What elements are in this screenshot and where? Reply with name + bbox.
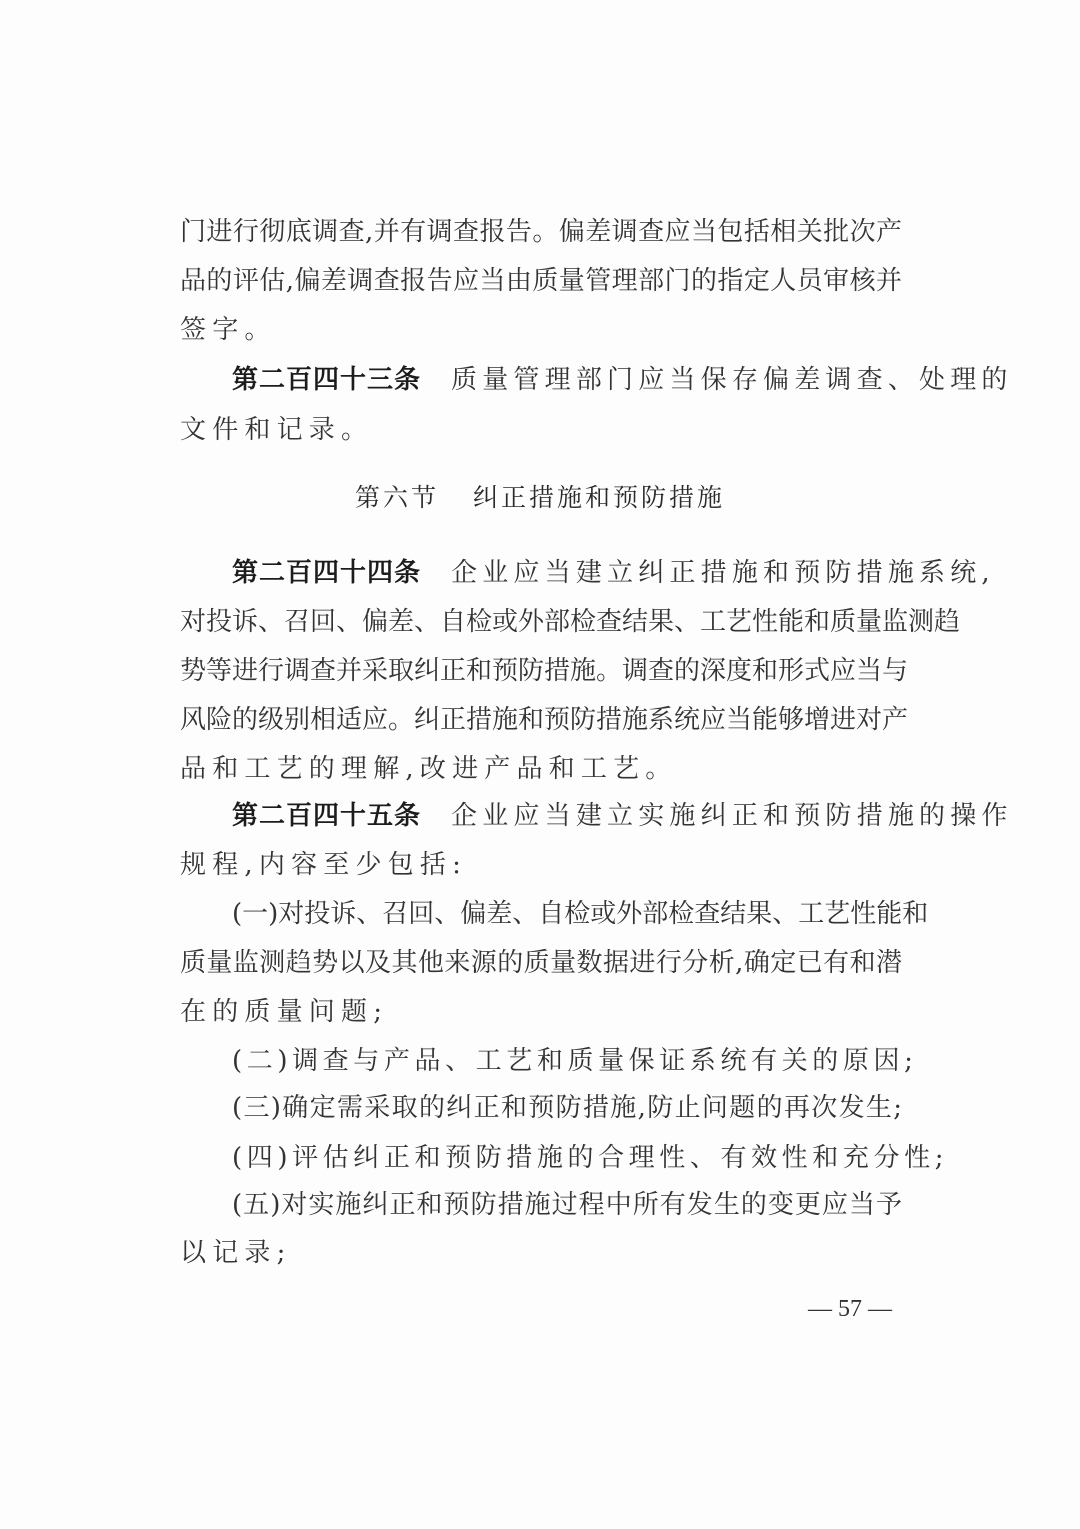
article-number: 第二百四十四条	[232, 555, 421, 591]
page-number: — 57 —	[800, 1296, 900, 1323]
document-page: 门进行彻底调查,并有调查报告。偏差调查应当包括相关批次产 品的评估,偏差调查报告…	[0, 0, 1080, 1529]
paragraph-line: 势等进行调查并采取纠正和预防措施。调查的深度和形式应当与	[180, 653, 902, 689]
article-text: 质量管理部门应当保存偏差调查、处理的	[451, 362, 1013, 398]
section-number: 第六节	[355, 483, 439, 512]
list-item-2: (二)调查与产品、工艺和质量保证系统有关的原因;	[232, 1043, 902, 1079]
paragraph-line: 风险的级别相适应。纠正措施和预防措施系统应当能够增进对产	[180, 702, 902, 738]
section-title: 纠正措施和预防措施	[473, 483, 725, 512]
article-244-first-line: 第二百四十四条 企业应当建立纠正措施和预防措施系统,	[232, 555, 902, 591]
paragraph-line: 文件和记录。	[180, 412, 902, 448]
article-243-first-line: 第二百四十三条 质量管理部门应当保存偏差调查、处理的	[232, 362, 902, 398]
article-245-first-line: 第二百四十五条 企业应当建立实施纠正和预防措施的操作	[232, 798, 902, 834]
paragraph-line: 品和工艺的理解,改进产品和工艺。	[180, 751, 902, 787]
article-number: 第二百四十三条	[232, 362, 421, 398]
list-item-3: (三)确定需采取的纠正和预防措施,防止问题的再次发生;	[232, 1090, 902, 1126]
list-item-1: (一)对投诉、召回、偏差、自检或外部检查结果、工艺性能和	[232, 896, 902, 932]
paragraph-line: 在的质量问题;	[180, 994, 902, 1030]
list-item-5: (五)对实施纠正和预防措施过程中所有发生的变更应当予	[232, 1187, 902, 1223]
paragraph-line: 对投诉、召回、偏差、自检或外部检查结果、工艺性能和质量监测趋	[180, 604, 902, 640]
section-heading: 第六节纠正措施和预防措施	[0, 480, 1080, 516]
article-number: 第二百四十五条	[232, 798, 421, 834]
article-text: 企业应当建立实施纠正和预防措施的操作	[451, 798, 1013, 834]
paragraph-line: 以记录;	[180, 1235, 902, 1271]
paragraph-line: 门进行彻底调查,并有调查报告。偏差调查应当包括相关批次产	[180, 214, 902, 250]
paragraph-line: 质量监测趋势以及其他来源的质量数据进行分析,确定已有和潜	[180, 945, 902, 981]
paragraph-line: 签字。	[180, 312, 902, 348]
paragraph-line: 规程,内容至少包括:	[180, 847, 902, 883]
article-text: 企业应当建立纠正措施和预防措施系统,	[451, 555, 995, 591]
paragraph-line: 品的评估,偏差调查报告应当由质量管理部门的指定人员审核并	[180, 263, 902, 299]
list-item-4: (四)评估纠正和预防措施的合理性、有效性和充分性;	[232, 1140, 902, 1176]
